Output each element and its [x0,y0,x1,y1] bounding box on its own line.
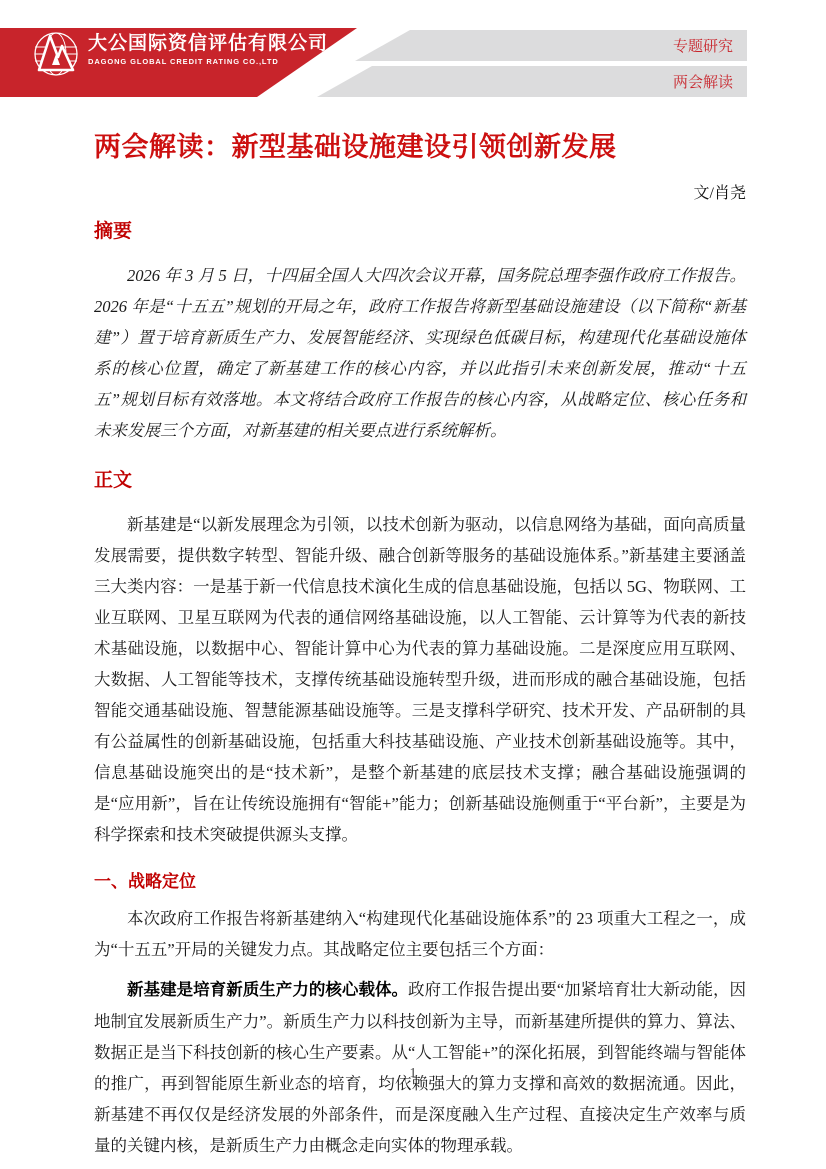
section1-intro-paragraph: 本次政府工作报告将新基建纳入“构建现代化基础设施体系”的 23 项重大工程之一，… [94,903,746,965]
section1-heading: 一、战略定位 [94,870,746,894]
author-byline: 文/肖尧 [94,183,746,205]
tag-label: 专题研究 [673,35,733,56]
dagong-globe-logo-icon [31,29,81,79]
body-paragraph-1: 新基建是“以新发展理念为引领，以技术创新为驱动，以信息网络为基础，面向高质量发展… [94,509,746,850]
page-footer: 1 [0,1066,826,1082]
brand-banner: 大公国际资信评估有限公司 DAGONG GLOBAL CREDIT RATING… [0,28,357,97]
abstract-heading: 摘要 [94,219,746,245]
company-name-cn: 大公国际资信评估有限公司 [88,33,328,55]
bold-lead-sentence: 新基建是培育新质生产力的核心载体。 [127,981,408,999]
company-name-en: DAGONG GLOBAL CREDIT RATING CO.,LTD [88,57,328,67]
page-header: 大公国际资信评估有限公司 DAGONG GLOBAL CREDIT RATING… [0,0,826,100]
company-identity: 大公国际资信评估有限公司 DAGONG GLOBAL CREDIT RATING… [88,33,328,67]
abstract-paragraph: 2026 年 3 月 5 日，十四届全国人大四次会议开幕，国务院总理李强作政府工… [94,260,746,446]
body-heading: 正文 [94,468,746,494]
report-page: 大公国际资信评估有限公司 DAGONG GLOBAL CREDIT RATING… [0,0,826,1169]
article-body: 两会解读：新型基础设施建设引领创新发展 文/肖尧 摘要 2026 年 3 月 5… [94,97,746,1161]
page-title: 两会解读：新型基础设施建设引领创新发展 [94,131,746,163]
page-number: 1 [410,1066,417,1081]
tag-label: 两会解读 [673,71,733,92]
